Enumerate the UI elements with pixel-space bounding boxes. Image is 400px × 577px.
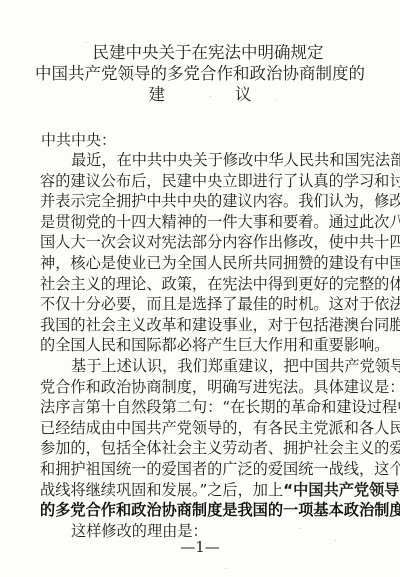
paragraph-1-line-2: 容的建议公布后，民建中央立即进行了认真的学习和讨论， (40, 171, 364, 192)
bold-segment: “中国共产党领导 (283, 481, 399, 499)
scan-speck (210, 96, 211, 97)
page-number: —1— (0, 538, 400, 556)
plain-segment: 战线将继续巩固和发展。”之后，加上 (40, 481, 283, 499)
paragraph-1-line-7: 社会主义的理论、政策，在宪法中得到更好的完整的体现， (40, 274, 364, 295)
paragraph-2-line-7: 战线将继续巩固和发展。”之后，加上“中国共产党领导 (40, 480, 364, 501)
paragraph-1-line-9: 我国的社会主义改革和建设事业，对于包括港澳台同胞在内 (40, 315, 364, 336)
salutation: 中共中央： (41, 130, 116, 150)
document-title: 民建中央关于在宪法中明确规定 中国共产党领导的多党合作和政治协商制度的 建议 (0, 42, 400, 105)
paragraph-2-line-2: 党合作和政治协商制度，明确写进宪法。具体建议是：在宪 (40, 377, 364, 398)
document-body: 最近，在中共中央关于修改中华人民共和国宪法部分内 容的建议公布后，民建中央立即进… (40, 150, 364, 541)
scan-speck (362, 512, 363, 513)
paragraph-1-line-1: 最近，在中共中央关于修改中华人民共和国宪法部分内 (40, 150, 364, 171)
paragraph-1-line-5: 国人大一次会议对宪法部分内容作出修改，使中共十四大精 (40, 232, 364, 253)
paragraph-2-line-6: 和拥护祖国统一的爱国者的广泛的爱国统一战线，这个统一 (40, 459, 364, 480)
paragraph-2-line-8: 的多党合作和政治协商制度是我国的一项基本政治制度。” (40, 500, 364, 521)
title-line-2: 中国共产党领导的多党合作和政治协商制度的 (0, 63, 400, 84)
paragraph-2-line-3: 法序言第十自然段第二句：“在长期的革命和建设过程中， (40, 397, 364, 418)
paragraph-1-line-4: 是贯彻党的十四大精神的一件大事和要着。通过此次八届全 (40, 212, 364, 233)
title-line-3: 建议 (0, 84, 400, 105)
paragraph-1-line-8: 不仅十分必要，而且是选择了最佳的时机。这对于依法推进 (40, 294, 364, 315)
title-char-jian: 建 (149, 84, 166, 105)
paragraph-1-line-10: 的全国人民和国际都必将产生巨大作用和重要影响。 (40, 335, 364, 356)
scan-speck (86, 42, 87, 43)
scan-speck (335, 540, 336, 541)
scan-speck (300, 528, 301, 529)
paragraph-2-line-4: 已经结成由中国共产党领导的，有各民主党派和各人民团体 (40, 418, 364, 439)
paragraph-2-line-5: 参加的，包括全体社会主义劳动者、拥护社会主义的爱国者 (40, 438, 364, 459)
paragraph-2-line-1: 基于上述认识，我们郑重建议，把中国共产党领导的多 (40, 356, 364, 377)
document-page: 民建中央关于在宪法中明确规定 中国共产党领导的多党合作和政治协商制度的 建议 中… (0, 0, 400, 577)
scan-speck (225, 568, 226, 569)
scan-speck (276, 99, 277, 100)
title-line-1: 民建中央关于在宪法中明确规定 (0, 42, 400, 63)
paragraph-1-line-3: 并表示完全拥护中共中央的建议内容。我们认为，修改宪法 (40, 191, 364, 212)
title-char-yi: 议 (235, 84, 252, 105)
paragraph-1-line-6: 神，核心是使业已为全国人民所共同拥赞的建设有中国特色 (40, 253, 364, 274)
